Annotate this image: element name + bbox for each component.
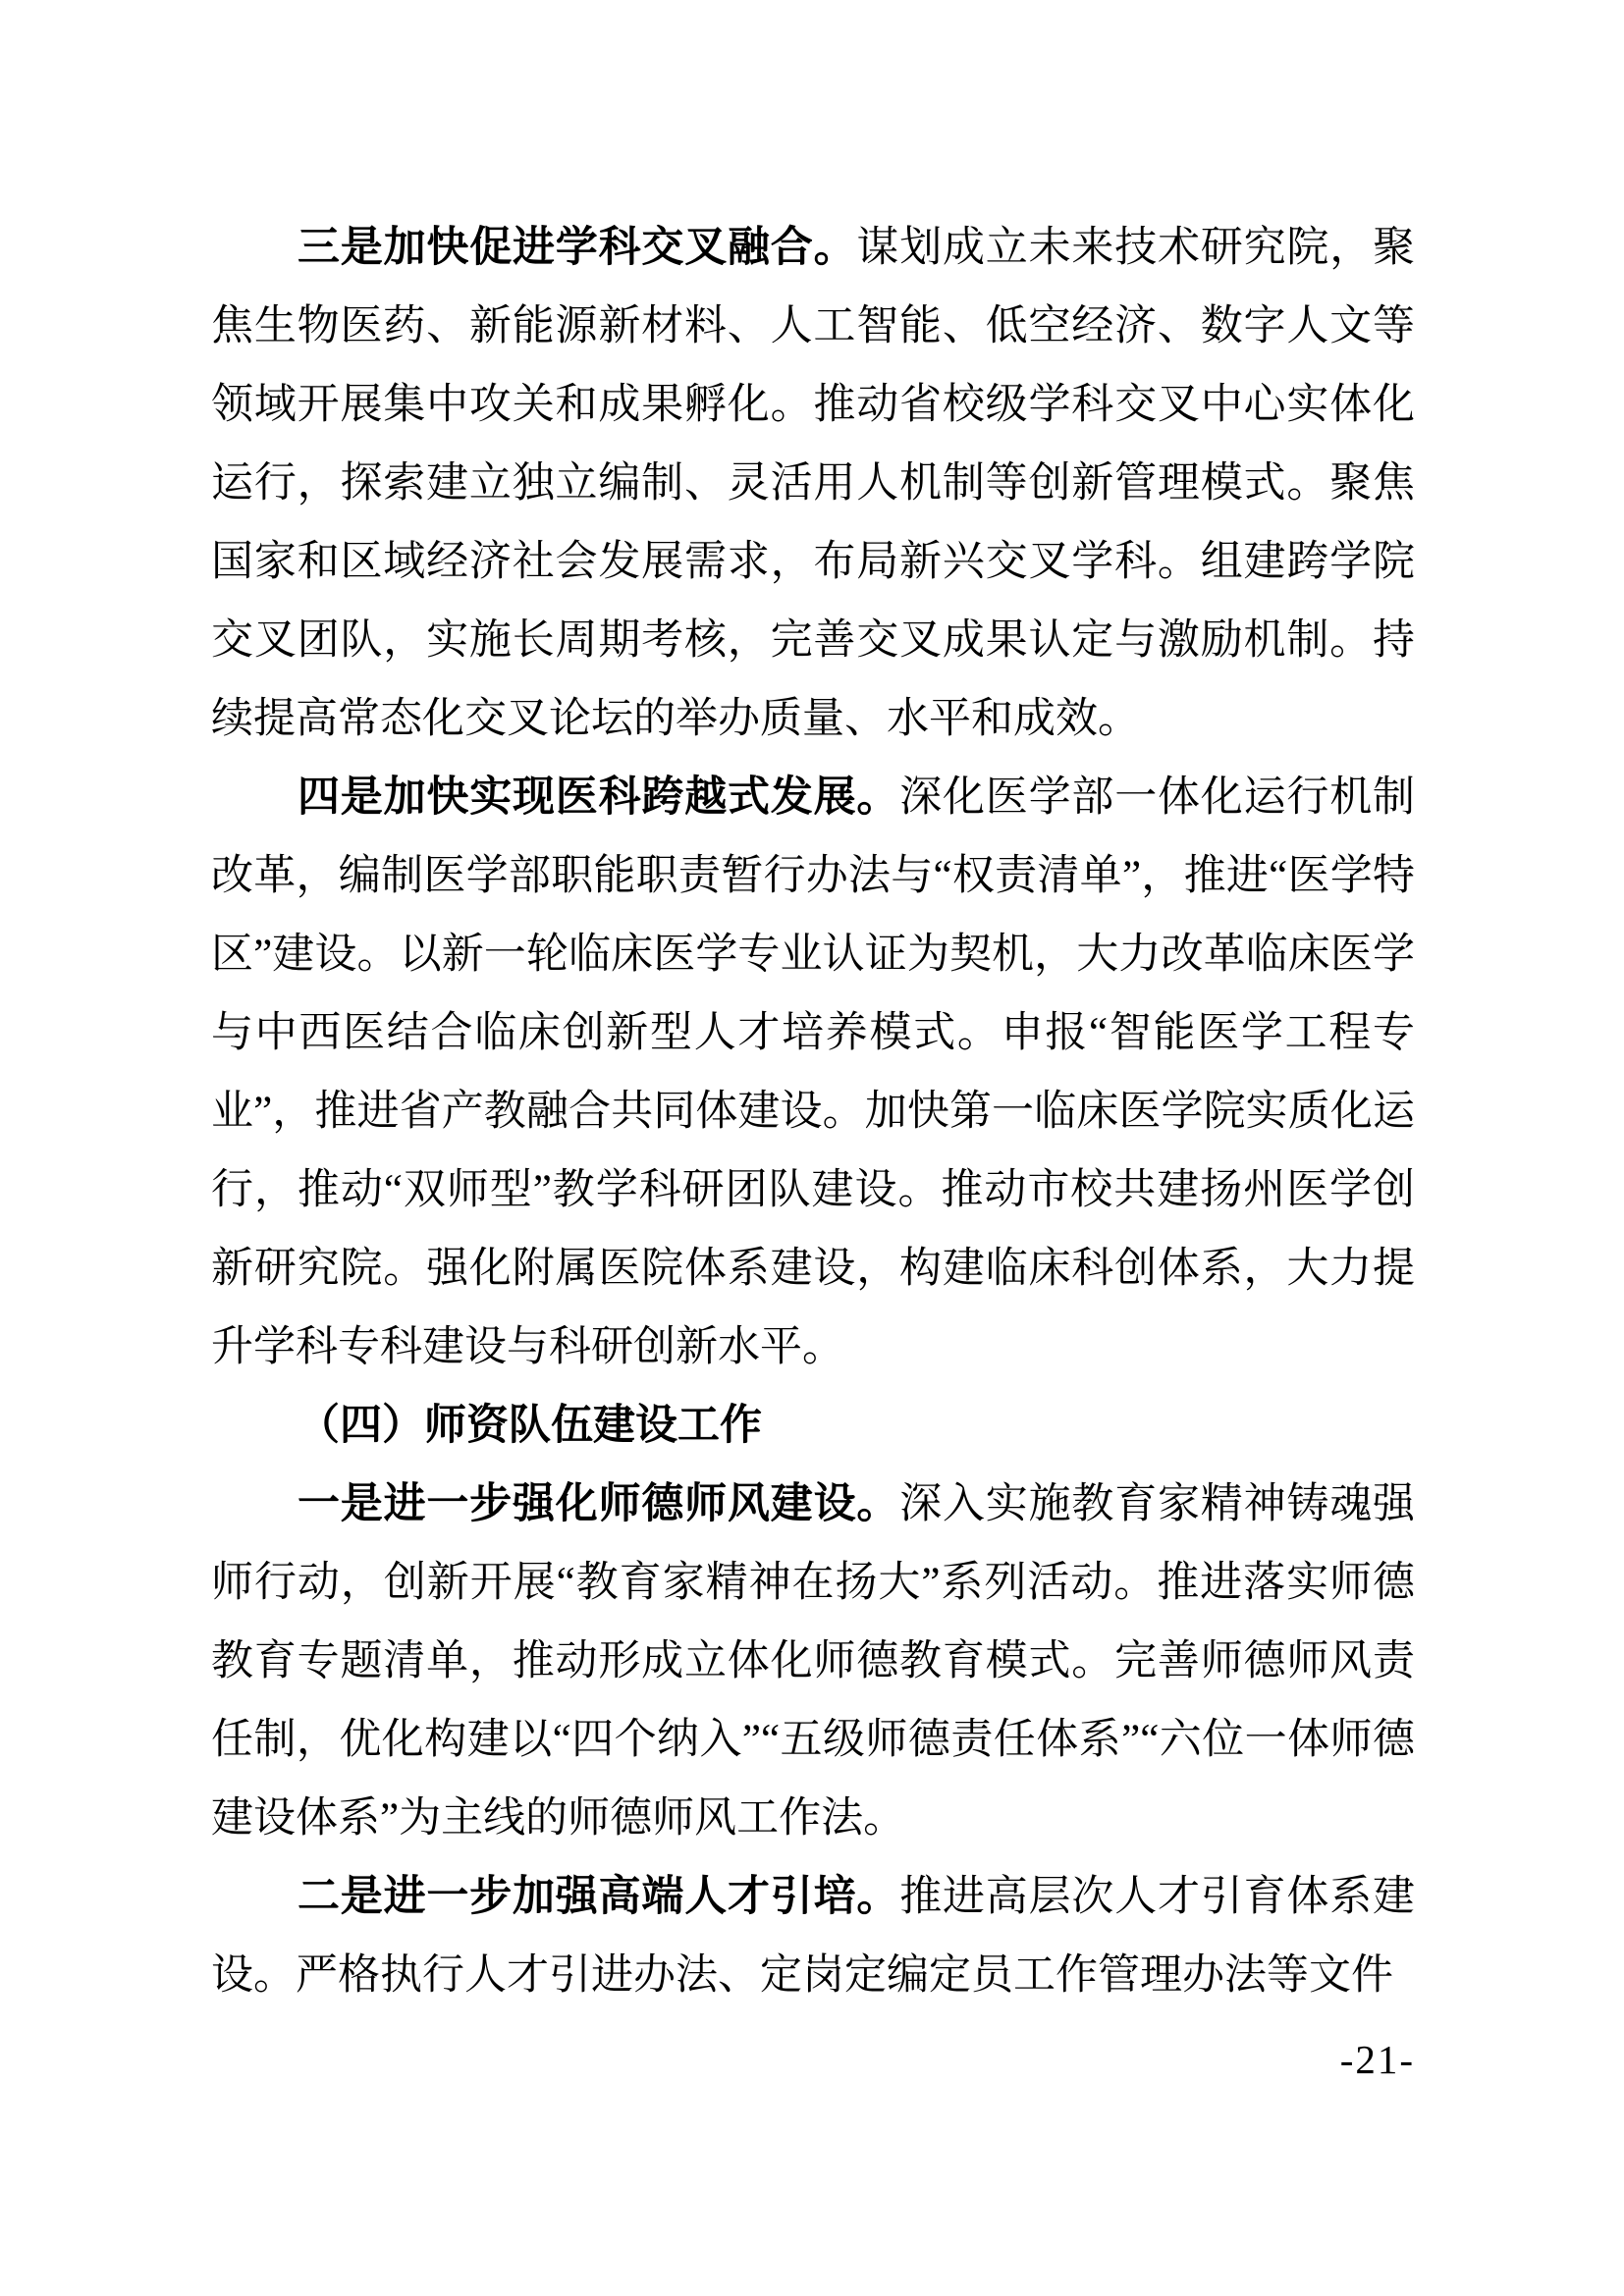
section-heading-faculty-building: （四）师资队伍建设工作 bbox=[211, 1387, 1415, 1466]
paragraph-lead: 二是进一步加强高端人才引培。 bbox=[298, 1874, 899, 1920]
paragraph-text: 深入实施教育家精神铸魂强师行动，创新开展“教育家精神在扬大”系列活动。推进落实师… bbox=[211, 1481, 1415, 1842]
paragraph-discipline-integration: 三是加快促进学科交叉融合。谋划成立未来技术研究院，聚焦生物医药、新能源新材料、人… bbox=[211, 209, 1415, 759]
paragraph-lead: 三是加快促进学科交叉融合。 bbox=[298, 225, 856, 271]
document-body: 三是加快促进学科交叉融合。谋划成立未来技术研究院，聚焦生物医药、新能源新材料、人… bbox=[211, 209, 1415, 2015]
paragraph-lead: 四是加快实现医科跨越式发展。 bbox=[298, 774, 899, 821]
page-number: -21- bbox=[1340, 2038, 1415, 2081]
heading-text: （四）师资队伍建设工作 bbox=[298, 1403, 762, 1449]
paragraph-text: 谋划成立未来技术研究院，聚焦生物医药、新能源新材料、人工智能、低空经济、数字人文… bbox=[211, 225, 1415, 742]
paragraph-text: 深化医学部一体化运行机制改革，编制医学部职能职责暂行办法与“权责清单”，推进“医… bbox=[211, 774, 1415, 1370]
paragraph-lead: 一是进一步强化师德师风建设。 bbox=[298, 1481, 899, 1527]
paragraph-talent-recruitment: 二是进一步加强高端人才引培。推进高层次人才引育体系建设。严格执行人才引进办法、定… bbox=[211, 1858, 1415, 2015]
paragraph-medical-development: 四是加快实现医科跨越式发展。深化医学部一体化运行机制改革，编制医学部职能职责暂行… bbox=[211, 759, 1415, 1387]
document-page: 三是加快促进学科交叉融合。谋划成立未来技术研究院，聚焦生物医药、新能源新材料、人… bbox=[0, 0, 1624, 2296]
paragraph-teacher-ethics: 一是进一步强化师德师风建设。深入实施教育家精神铸魂强师行动，创新开展“教育家精神… bbox=[211, 1466, 1415, 1858]
